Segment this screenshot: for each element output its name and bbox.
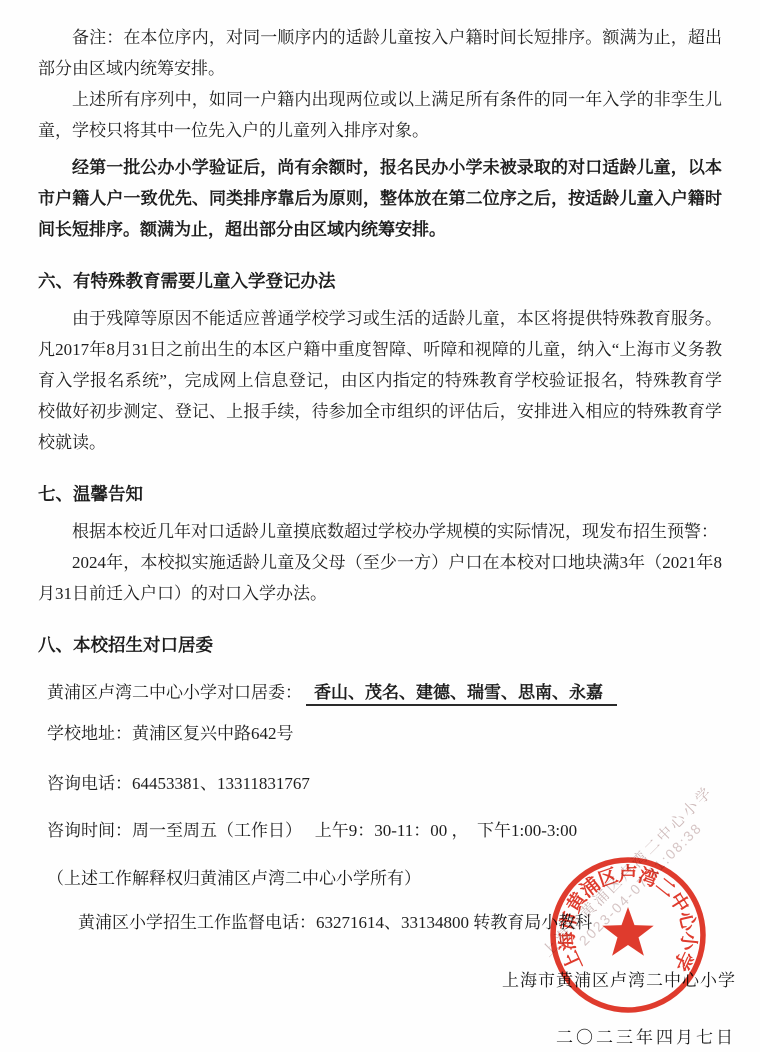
section6-heading: 六、有特殊教育需要儿童入学登记办法 (38, 266, 722, 297)
document-page: 备注：在本位序内，对同一顺序内的适龄儿童按入户籍时间长短排序。额满为止，超出部分… (0, 0, 760, 1052)
section7-body-warning: 根据本校近几年对口适龄儿童摸底数超过学校办学规模的实际情况，现发布招生预警： (38, 516, 722, 547)
committee-line: 黄浦区卢湾二中心小学对口居委：香山、茂名、建德、瑞雪、思南、永嘉 (47, 677, 722, 708)
document-body: 备注：在本位序内，对同一顺序内的适龄儿童按入户籍时间长短排序。额满为止，超出部分… (0, 0, 760, 1052)
section7-heading: 七、温馨告知 (38, 479, 722, 510)
interpretation-note-line: （上述工作解释权归黄浦区卢湾二中心小学所有） (47, 863, 722, 894)
section8-heading: 八、本校招生对口居委 (38, 630, 722, 661)
school-address-line: 学校地址：黄浦区复兴中路642号 (47, 718, 722, 749)
committee-label: 黄浦区卢湾二中心小学对口居委： (47, 683, 302, 702)
section7-body-policy: 2024年，本校拟实施适龄儿童及父母（至少一方）户口在本校对口地块满3年（202… (38, 547, 722, 609)
committee-list-underlined: 香山、茂名、建德、瑞雪、思南、永嘉 (306, 683, 617, 706)
paragraph-second-batch-bold: 经第一批公办小学验证后，尚有余额时，报名民办小学未被录取的对口适龄儿童，以本市户… (38, 152, 722, 245)
supervision-phone-line: 黄浦区小学招生工作监督电话：63271614、33134800 转教育局小教科 (78, 907, 722, 938)
signature-school-name: 上海市黄浦区卢湾二中心小学 (38, 965, 736, 996)
paragraph-note: 备注：在本位序内，对同一顺序内的适龄儿童按入户籍时间长短排序。额满为止，超出部分… (38, 22, 722, 84)
paragraph-sequence-rule: 上述所有序列中，如同一户籍内出现两位或以上满足所有条件的同一年入学的非孪生儿童，… (38, 84, 722, 146)
consult-phone-line: 咨询电话：64453381、13311831767 (47, 768, 722, 799)
section6-body: 由于残障等原因不能适应普通学校学习或生活的适龄儿童，本区将提供特殊教育服务。凡2… (38, 303, 722, 458)
signature-date: 二〇二三年四月七日 (38, 1022, 736, 1052)
consult-hours-line: 咨询时间：周一至周五（工作日） 上午9：30-11：00 ， 下午1:00-3:… (47, 815, 722, 846)
